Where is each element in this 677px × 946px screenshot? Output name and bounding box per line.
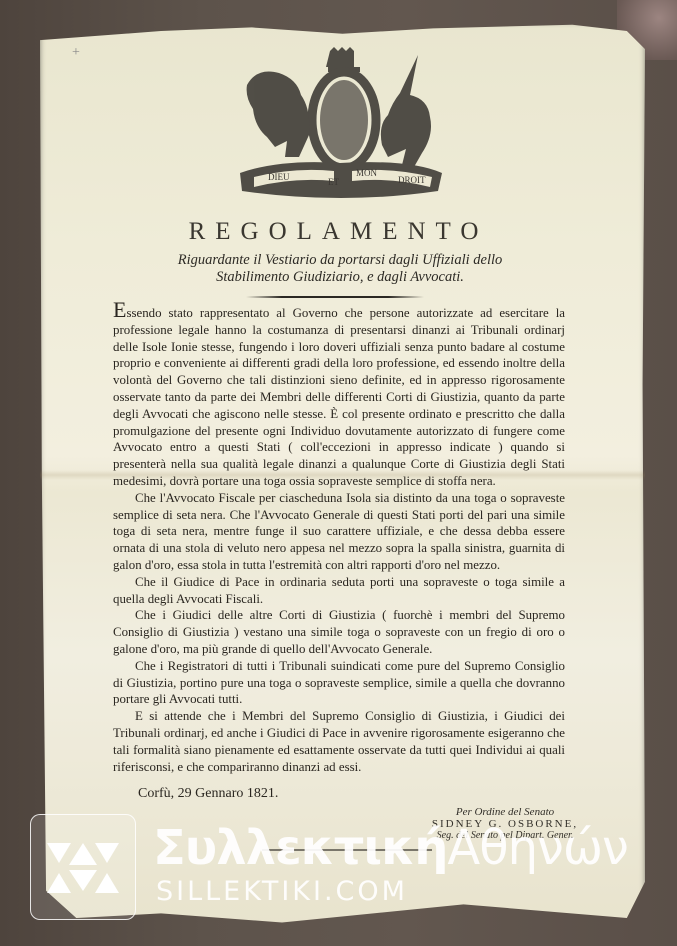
paragraph-3: Che il Giudice di Pace in ordinaria sedu… <box>113 574 565 608</box>
svg-text:DIEU: DIEU <box>268 172 290 182</box>
watermark-logo-box <box>30 814 136 920</box>
signature-line-1: Per Ordine del Senato <box>405 806 605 818</box>
paragraph-1: Essendo stato rappresentato al Governo c… <box>113 303 565 490</box>
subtitle-line-1: Riguardante il Vestiario da portarsi dag… <box>130 252 550 269</box>
subtitle-line-2: Stabilimento Giudiziario, e dagli Avvoca… <box>130 269 550 286</box>
paragraph-4: Che i Giudici delle altre Corti di Giust… <box>113 607 565 657</box>
watermark-brand-bold: Συλλεκτική <box>153 820 447 876</box>
document-title: REGOLAMENTO <box>0 218 677 246</box>
paragraph-6: E si attende che i Membri del Supremo Co… <box>113 708 565 775</box>
document-subtitle: Riguardante il Vestiario da portarsi dag… <box>130 252 550 286</box>
pencil-mark: + <box>72 45 80 61</box>
watermark-brand: ΣυλλεκτικήΑθηνών <box>153 823 628 873</box>
drop-cap: E <box>113 297 126 322</box>
svg-text:DROIT: DROIT <box>398 175 426 185</box>
document-body: Essendo stato rappresentato al Governo c… <box>113 303 565 775</box>
document-date: Corfù, 29 Gennaro 1821. <box>138 786 278 802</box>
triangles-logo-icon <box>47 843 119 893</box>
svg-text:ET: ET <box>328 177 339 187</box>
paragraph-5: Che i Registratori di tutti i Tribunali … <box>113 658 565 708</box>
title-divider <box>246 296 424 298</box>
svg-text:MON: MON <box>356 168 378 178</box>
watermark-brand-light: Αθηνών <box>447 820 627 876</box>
watermark-url: SILLEKTIKI.COM <box>156 876 408 907</box>
royal-coat-of-arms-icon: DIEU ET MON DROIT <box>232 45 448 205</box>
paragraph-2: Che l'Avvocato Fiscale per ciascheduna I… <box>113 490 565 574</box>
